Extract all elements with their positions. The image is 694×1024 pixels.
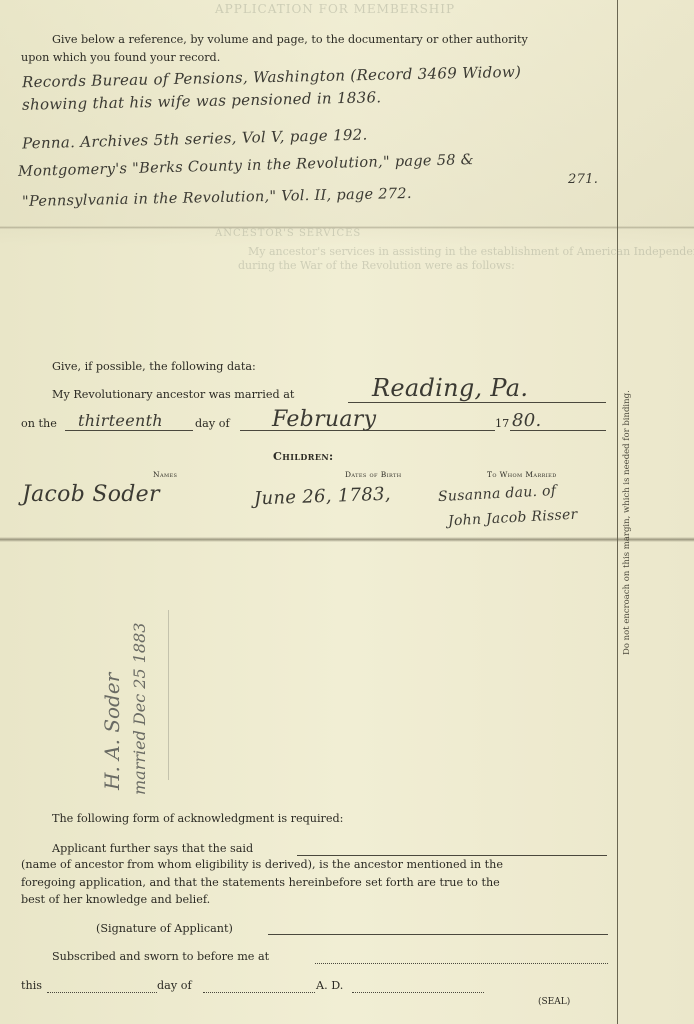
- ack-para-line3: foregoing application, and that the stat…: [21, 876, 500, 889]
- side-note-married: married Dec 25 1883: [130, 623, 149, 795]
- day-of-label: day of: [195, 417, 230, 430]
- ad-label: A. D.: [316, 979, 343, 992]
- ancestor-name-field[interactable]: [297, 855, 607, 856]
- married-at-field[interactable]: [348, 402, 606, 403]
- signature-label: (Signature of Applicant): [96, 922, 233, 935]
- ack-para-line4: best of her knowledge and belief.: [21, 893, 210, 906]
- child-name: Jacob Soder: [22, 482, 160, 507]
- year-field[interactable]: [510, 430, 606, 431]
- children-col-birth: Dates of Birth: [345, 470, 402, 479]
- binding-margin-note: Do not encroach on this margin, which is…: [618, 355, 636, 655]
- this-label: this: [21, 979, 42, 992]
- month-value: February: [272, 407, 376, 432]
- married-at-value: Reading, Pa.: [372, 374, 528, 402]
- ghost-services-line1: My ancestor's services in assisting in t…: [248, 245, 694, 258]
- acknowledgment-intro: The following form of acknowledgment is …: [52, 812, 343, 825]
- seal-label: (SEAL): [538, 997, 570, 1007]
- signature-field[interactable]: [268, 934, 608, 935]
- children-col-names: Names: [153, 470, 177, 479]
- on-the-label: on the: [21, 417, 57, 430]
- marriage-intro: Give, if possible, the following data:: [52, 360, 256, 373]
- sworn-location-field[interactable]: [315, 963, 608, 964]
- ghost-header: APPLICATION FOR MEMBERSHIP: [215, 2, 455, 16]
- reference-instruction-line2: upon which you found your record.: [21, 51, 220, 64]
- year-prefix: 17: [495, 417, 509, 430]
- ack-para-line1: Applicant further says that the said: [52, 842, 253, 855]
- ghost-services-line2: during the War of the Revolution were as…: [238, 259, 515, 272]
- children-title: Children:: [273, 449, 334, 463]
- year-value: 80.: [512, 410, 542, 431]
- sworn-day-field[interactable]: [47, 992, 157, 993]
- faint-rule: [168, 610, 169, 780]
- sworn-month-field[interactable]: [203, 992, 315, 993]
- reference-instruction-line1: Give below a reference, by volume and pa…: [52, 33, 528, 46]
- ack-para-line2: (name of ancestor from whom eligibility …: [21, 858, 503, 871]
- sworn-label: Subscribed and sworn to before me at: [52, 950, 269, 963]
- paper-fold-middle: [0, 537, 694, 542]
- side-note-name: H. A. Soder: [100, 673, 124, 790]
- day-field[interactable]: [65, 430, 193, 431]
- married-at-label: My Revolutionary ancestor was married at: [52, 388, 294, 401]
- handwritten-reference-4-page2: 271.: [568, 172, 598, 187]
- children-col-married: To Whom Married: [487, 470, 557, 479]
- ghost-services-title: ANCESTOR'S SERVICES: [215, 228, 361, 239]
- day-of-label-2: day of: [157, 979, 192, 992]
- day-value: thirteenth: [78, 411, 163, 430]
- sworn-year-field[interactable]: [352, 992, 484, 993]
